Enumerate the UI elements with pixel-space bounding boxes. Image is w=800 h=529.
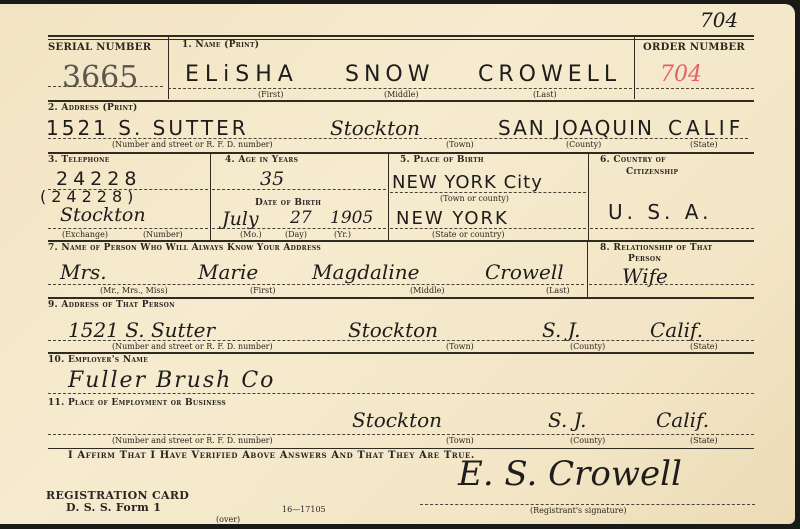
dob-month-caption: (Mo.) — [240, 230, 262, 239]
birthplace-label: 5. Place of Birth — [400, 155, 484, 165]
address-street-caption: (Number and street or R. F. D. number) — [112, 140, 273, 149]
citizenship-label-1: 6. Country of — [600, 155, 666, 165]
contact-label: 7. Name of Person Who Will Always Know Y… — [48, 243, 321, 253]
row5-rule — [48, 352, 754, 354]
address-town-value: Stockton — [330, 116, 420, 140]
row4-rule — [48, 297, 754, 299]
employment-place-county-caption: (County) — [570, 436, 605, 445]
contact-first-caption: (First) — [250, 286, 276, 295]
telephone-number-caption: (Number) — [143, 230, 183, 239]
contact-title-value: Mrs. — [60, 260, 107, 284]
address-state-caption: (State) — [690, 140, 718, 149]
contact-address-town-caption: (Town) — [446, 342, 474, 351]
citizenship-dash — [590, 228, 754, 229]
order-divider — [634, 37, 635, 99]
citizenship-label-2: Citizenship — [626, 167, 678, 177]
contact-address-street-caption: (Number and street or R. F. D. number) — [112, 342, 273, 351]
form-id: D. S. S. Form 1 — [66, 501, 161, 514]
name-middle-caption: (Middle) — [384, 90, 419, 99]
name-last-value: CROWELL — [478, 62, 621, 87]
relationship-label-1: 8. Relationship of That — [600, 243, 712, 253]
employment-place-town-caption: (Town) — [446, 436, 474, 445]
employment-place-street-caption: (Number and street or R. F. D. number) — [112, 436, 273, 445]
address-town-caption: (Town) — [446, 140, 474, 149]
name-middle-value: SNOW — [345, 62, 435, 87]
employer-label: 10. Employer's Name — [48, 355, 148, 365]
telephone-label: 3. Telephone — [48, 155, 110, 165]
contact-address-street-value: 1521 S. Sutter — [68, 318, 215, 342]
order-number-label: ORDER NUMBER — [643, 42, 745, 53]
top-rule-thin — [48, 39, 754, 40]
name-first-value: ELiSHA — [185, 62, 299, 87]
contact-address-state-caption: (State) — [690, 342, 718, 351]
contact-address-town-value: Stockton — [348, 318, 438, 342]
registration-card: 704 SERIAL NUMBER 3665 1. Name (Print) E… — [0, 4, 795, 524]
serial-number-label: SERIAL NUMBER — [48, 42, 151, 53]
name-dash — [168, 88, 632, 89]
top-rule — [48, 35, 754, 37]
employer-dash — [48, 393, 754, 394]
address-county-value: SAN JOAQUIN — [498, 116, 654, 140]
contact-last-value: Crowell — [485, 260, 564, 284]
relationship-label-2: Person — [628, 254, 661, 264]
contact-title-caption: (Mr., Mrs., Miss) — [100, 286, 168, 295]
row2-rule — [48, 152, 754, 154]
citizenship-value: U. S. A. — [608, 200, 712, 224]
telephone-dash-2 — [48, 228, 208, 229]
row7-rule — [48, 448, 754, 449]
address-dash — [48, 138, 748, 139]
age-label: 4. Age in Years — [225, 155, 298, 165]
top-order-note: 704 — [700, 8, 738, 32]
employment-place-state-caption: (State) — [690, 436, 718, 445]
dob-label: Date of Birth — [255, 198, 321, 208]
contact-last-caption: (Last) — [546, 286, 570, 295]
relationship-dash — [589, 284, 754, 285]
dob-year-value: 1905 — [330, 208, 373, 228]
contact-middle-caption: (Middle) — [410, 286, 445, 295]
name-first-caption: (First) — [258, 90, 284, 99]
row3-rule — [48, 240, 754, 242]
dob-year-caption: (Yr.) — [334, 230, 351, 239]
serial-dash — [48, 86, 163, 87]
birthplace-dash-1 — [390, 192, 586, 193]
employment-place-county-value: S. J. — [548, 408, 587, 432]
birthplace-town-value: NEW YORK City — [392, 172, 543, 193]
registrant-signature: E. S. Crowell — [458, 454, 682, 494]
contact-dash — [48, 284, 584, 285]
contact-address-county-caption: (County) — [570, 342, 605, 351]
age-dash — [212, 189, 386, 190]
serial-number-value: 3665 — [62, 60, 138, 95]
dob-day-caption: (Day) — [285, 230, 307, 239]
employment-place-dash — [48, 434, 754, 435]
affirmation-text: I Affirm That I Have Verified Above Answ… — [68, 450, 475, 461]
contact-address-county-value: S. J. — [542, 318, 581, 342]
employment-place-state-value: Calif. — [656, 408, 709, 432]
birthplace-state-caption: (State or country) — [432, 230, 505, 239]
employer-value: Fuller Brush Co — [68, 368, 275, 393]
row1-rule — [48, 100, 754, 102]
name-last-caption: (Last) — [533, 90, 557, 99]
contact-first-value: Marie — [198, 260, 258, 284]
telephone-exchange-caption: (Exchange) — [62, 230, 108, 239]
over-note: (over) — [216, 515, 240, 524]
tel-divider — [210, 154, 211, 240]
signature-dash — [420, 504, 755, 505]
birthplace-divider — [588, 154, 589, 240]
address-state-value: CALIF — [668, 116, 744, 140]
order-number-value: 704 — [660, 62, 702, 87]
dob-day-value: 27 — [290, 208, 312, 228]
order-dash — [636, 88, 754, 89]
address-street-value: 1521 S. SUTTER — [46, 116, 249, 140]
age-divider — [388, 154, 389, 240]
birthplace-state-value: NEW YORK — [396, 208, 509, 229]
telephone-dash-1 — [48, 189, 208, 190]
employment-place-town-value: Stockton — [352, 408, 442, 432]
dob-dash — [212, 228, 386, 229]
name-label: 1. Name (Print) — [182, 40, 259, 50]
employment-place-label: 11. Place of Employment or Business — [48, 398, 226, 408]
contact-address-state-value: Calif. — [650, 318, 703, 342]
contact-divider — [587, 240, 588, 298]
birthplace-town-caption: (Town or county) — [440, 194, 509, 203]
contact-address-label: 9. Address of That Person — [48, 300, 175, 310]
dob-month-value: July — [222, 208, 259, 230]
serial-divider — [168, 37, 169, 99]
contact-middle-value: Magdaline — [312, 260, 419, 284]
age-value: 35 — [260, 168, 284, 190]
print-code: 16—17105 — [282, 505, 326, 514]
signature-caption: (Registrant's signature) — [530, 506, 626, 515]
birthplace-dash-2 — [390, 228, 586, 229]
address-label: 2. Address (Print) — [48, 103, 138, 113]
address-county-caption: (County) — [566, 140, 601, 149]
telephone-exchange-value: Stockton — [60, 204, 146, 226]
contact-address-dash — [48, 340, 754, 341]
